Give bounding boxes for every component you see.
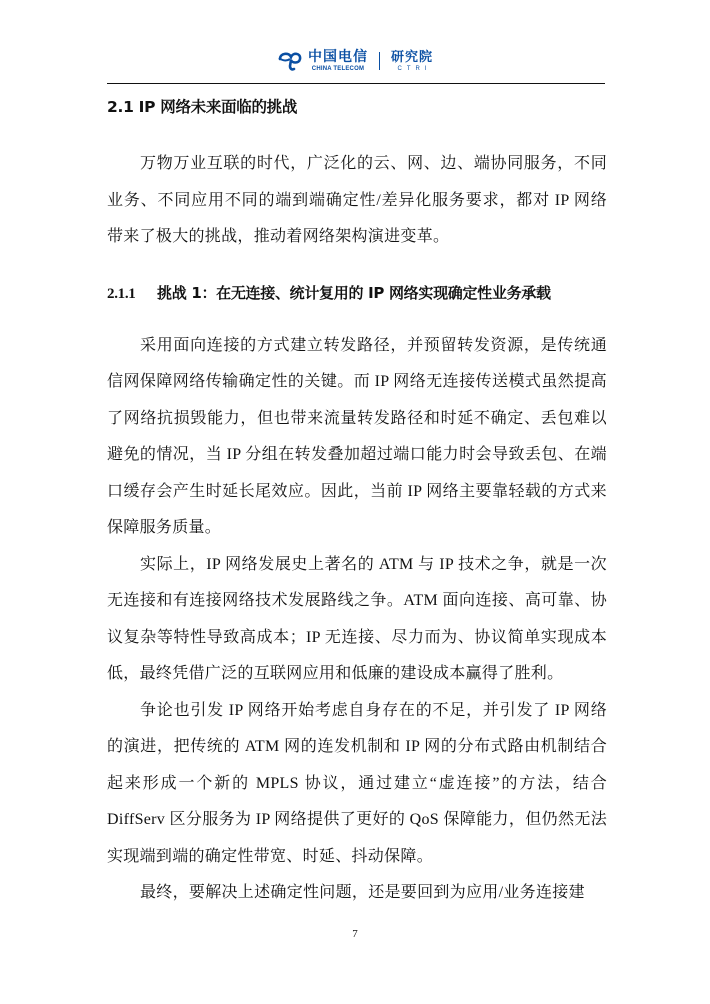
- page-body: 2.1 IP 网络未来面临的挑战 万物万业互联的时代，广泛化的云、网、边、端协同…: [107, 94, 607, 912]
- subsection-title: 2.1.1挑战 1：在无连接、统计复用的 IP 网络实现确定性业务承载: [107, 280, 607, 306]
- logo-divider: [379, 52, 380, 70]
- institute-name-en: CTRI: [397, 66, 431, 72]
- page-number: 7: [0, 928, 710, 940]
- subsection-number: 2.1.1: [107, 281, 157, 307]
- institute-name-cn: 研究院: [391, 51, 433, 64]
- body-paragraph: 争论也引发 IP 网络开始考虑自身存在的不足，并引发了 IP 网络的演进，把传统…: [107, 693, 607, 876]
- body-paragraph: 实际上，IP 网络发展史上著名的 ATM 与 IP 技术之争，就是一次无连接和有…: [107, 547, 607, 693]
- body-paragraph: 采用面向连接的方式建立转发路径，并预留转发资源，是传统通信网保障网络传输确定性的…: [107, 328, 607, 547]
- china-telecom-swirl-icon: [277, 50, 303, 72]
- header-rule: [107, 83, 605, 84]
- section-intro-paragraph: 万物万业互联的时代，广泛化的云、网、边、端协同服务，不同业务、不同应用不同的端到…: [107, 146, 607, 256]
- body-paragraph: 最终，要解决上述确定性问题，还是要回到为应用/业务连接建: [107, 875, 607, 912]
- page-header: 中国电信 CHINA TELECOM 研究院 CTRI: [0, 44, 710, 78]
- brand-name-en: CHINA TELECOM: [312, 66, 364, 72]
- section-title: 2.1 IP 网络未来面临的挑战: [107, 94, 607, 120]
- subsection-title-text: 挑战 1：在无连接、统计复用的 IP 网络实现确定性业务承载: [157, 284, 551, 302]
- china-telecom-logo: 中国电信 CHINA TELECOM 研究院 CTRI: [277, 50, 433, 72]
- brand-name-cn: 中国电信: [308, 50, 368, 64]
